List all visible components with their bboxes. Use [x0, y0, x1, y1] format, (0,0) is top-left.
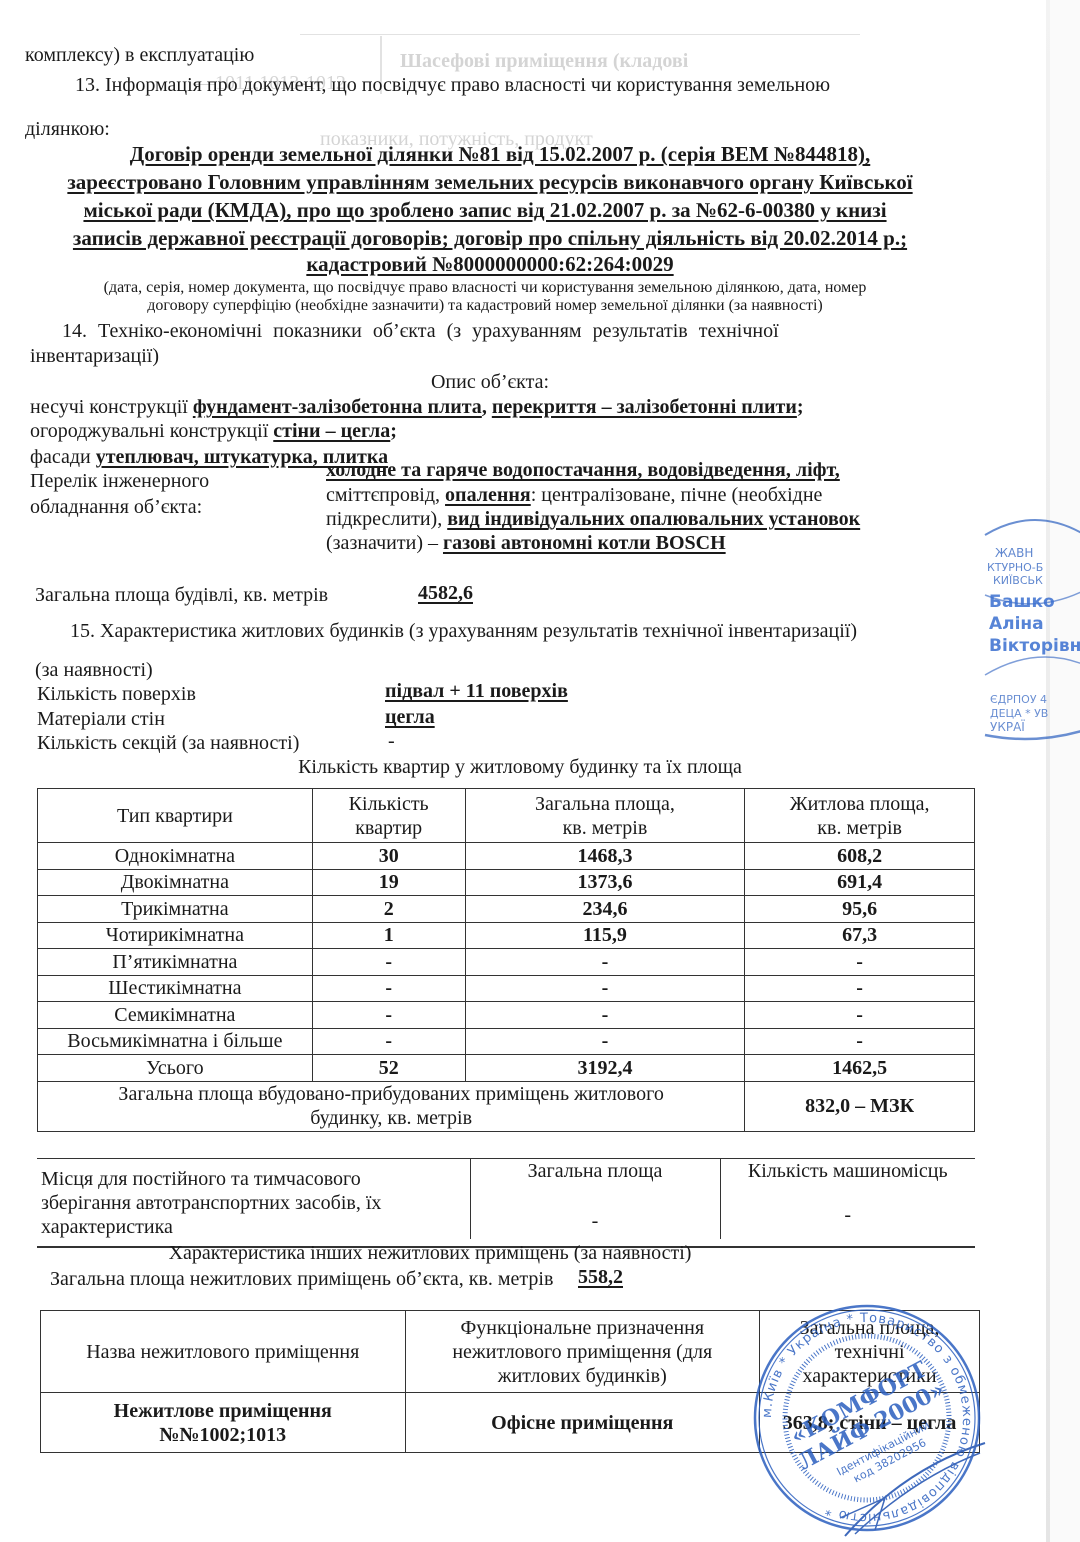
- floors-value: підвал + 11 поверхів: [385, 680, 568, 703]
- table-header-row: Тип квартириКількістьквартирЗагальна пло…: [38, 789, 975, 843]
- engineering-list-line: (зазначити) – газові автономні котли BOS…: [326, 532, 726, 555]
- engineering-list-line: підкреслити), вид індивідуальних опалюва…: [326, 508, 860, 531]
- notary-name: Башко: [989, 591, 1080, 613]
- table-row: Семикімнатна---: [38, 1002, 975, 1029]
- heating-value: опалення: [445, 484, 531, 506]
- land-document-line: зареєстровано Головним управлінням земел…: [0, 170, 980, 194]
- cell-count: 30: [312, 843, 465, 870]
- engineering-label: обладнання об’єкта:: [30, 496, 202, 519]
- parking-area-header: Загальна площа: [475, 1159, 716, 1183]
- table-row: Усього523192,41462,5: [38, 1055, 975, 1082]
- column-header: Кількістьквартир: [312, 789, 465, 843]
- parking-area-cell: Загальна площа -: [470, 1159, 720, 1239]
- cell-total-area: 3192,4: [465, 1055, 745, 1082]
- total-area-value: 4582,6: [418, 582, 473, 605]
- column-header: Житлова площа,кв. метрів: [745, 789, 975, 843]
- nonresidential-total-value: 558,2: [578, 1266, 623, 1289]
- cell-count: -: [312, 1002, 465, 1029]
- land-document-line: записів державної реєстрації договорів; …: [0, 226, 980, 250]
- apartments-table: Тип квартириКількістьквартирЗагальна пло…: [37, 788, 975, 1132]
- premise-purpose: Офісне приміщення: [405, 1393, 760, 1453]
- enclosing-row: огороджувальні конструкції стіни – цегла…: [30, 420, 397, 443]
- cell-count: -: [312, 975, 465, 1002]
- builtin-area-row: Загальна площа вбудовано-прибудованих пр…: [38, 1081, 975, 1131]
- cell-total-area: 234,6: [465, 896, 745, 923]
- cell-type: Семикімнатна: [38, 1002, 313, 1029]
- svg-text:КТУРНО-Б: КТУРНО-Б: [987, 561, 1043, 574]
- load-bearing-foundation: фундамент-залізобетонна плита: [193, 396, 482, 418]
- svg-text:ДЕЦА * УВ: ДЕЦА * УВ: [990, 707, 1048, 720]
- cell-count: 19: [312, 869, 465, 896]
- load-bearing-row: несучі конструкції фундамент-залізобетон…: [30, 396, 804, 419]
- sections-value: -: [388, 730, 395, 753]
- cell-type: Усього: [38, 1055, 313, 1082]
- boiler-value: газові автономні котли BOSCH: [443, 532, 726, 554]
- floors-label: Кількість поверхів: [37, 683, 196, 706]
- continued-text: комплексу) в експлуатацію: [25, 44, 254, 67]
- cell-type: Однокімнатна: [38, 843, 313, 870]
- ghost-text: Шасефові приміщення (кладові: [400, 50, 688, 73]
- section15-heading: 15. Характеристика житлових будинків (з …: [70, 620, 857, 643]
- cell-count: 2: [312, 896, 465, 923]
- svg-text:КИЇВСЬК: КИЇВСЬК: [993, 574, 1043, 587]
- table-row: Двокімнатна191373,6691,4: [38, 869, 975, 896]
- land-document-line: Договір оренди земельної ділянки №81 від…: [0, 142, 1000, 166]
- table-row: Шестикімнатна---: [38, 975, 975, 1002]
- cell-type: Трикімнатна: [38, 896, 313, 923]
- cell-living-area: 608,2: [745, 843, 975, 870]
- cell-living-area: 1462,5: [745, 1055, 975, 1082]
- cell-total-area: 115,9: [465, 922, 745, 949]
- table-row: П’ятикімнатна---: [38, 949, 975, 976]
- nonresidential-title: Характеристика інших нежитлових приміщен…: [0, 1242, 860, 1265]
- cell-total-area: 1373,6: [465, 869, 745, 896]
- cell-count: -: [312, 949, 465, 976]
- section14-heading-cont: інвентаризації): [30, 345, 159, 368]
- cell-total-area: -: [465, 949, 745, 976]
- cell-type: Восьмикімнатна і більше: [38, 1028, 313, 1055]
- column-header: Тип квартири: [38, 789, 313, 843]
- section13-heading-cont: ділянкою:: [25, 118, 110, 141]
- description-title: Опис об’єкта:: [0, 371, 980, 394]
- table-row: Однокімнатна301468,3608,2: [38, 843, 975, 870]
- cell-total-area: -: [465, 1028, 745, 1055]
- cell-living-area: 691,4: [745, 869, 975, 896]
- header-name: Назва нежитлового приміщення: [41, 1311, 406, 1393]
- load-bearing-label: несучі конструкції: [30, 396, 188, 418]
- apartments-title: Кількість квартир у житловому будинку та…: [0, 756, 1040, 779]
- cell-count: 52: [312, 1055, 465, 1082]
- enclosing-value: стіни – цегла: [273, 420, 390, 442]
- parking-spaces-cell: Кількість машиномісць -: [720, 1159, 975, 1239]
- premise-name: Нежитлове приміщення №№1002;1013: [41, 1393, 406, 1453]
- land-document-line: міської ради (КМДА), про що зроблено зап…: [0, 198, 970, 222]
- svg-text:УКРАЇ: УКРАЇ: [990, 719, 1025, 734]
- notary-name: Аліна: [989, 613, 1080, 635]
- column-header: Загальна площа,кв. метрів: [465, 789, 745, 843]
- cell-total-area: -: [465, 1002, 745, 1029]
- engineering-label: Перелік інженерного: [30, 470, 209, 493]
- cell-living-area: 67,3: [745, 922, 975, 949]
- cadastral-number: кадастровий №8000000000:62:264:0029: [0, 252, 980, 276]
- engineering-list-line: сміттєпровід, опалення: централізоване, …: [326, 484, 822, 507]
- nonresidential-total-label: Загальна площа нежитлових приміщень об’є…: [50, 1268, 553, 1291]
- svg-text:ЖАВН: ЖАВН: [995, 546, 1033, 560]
- parking-spaces-header: Кількість машиномісць: [725, 1159, 972, 1183]
- cell-count: 1: [312, 922, 465, 949]
- caption: (дата, серія, номер документа, що посвід…: [0, 278, 970, 298]
- header-purpose: Функціональне призначення нежитлового пр…: [405, 1311, 760, 1393]
- section13-heading: 13. Інформація про документ, що посвідчу…: [75, 74, 830, 97]
- caption: договору суперфіцію (необхідне зазначити…: [0, 296, 970, 316]
- parking-spaces-value: -: [725, 1203, 972, 1227]
- enclosing-label: огороджувальні конструкції: [30, 420, 268, 442]
- cell-living-area: -: [745, 949, 975, 976]
- cell-total-area: -: [465, 975, 745, 1002]
- page-edge-shadow: [1046, 0, 1050, 1542]
- section15-heading-cont: (за наявності): [35, 659, 153, 682]
- cell-living-area: 95,6: [745, 896, 975, 923]
- parking-table: Місця для постійного та тимчасового збер…: [37, 1158, 975, 1239]
- ghost-divider: [300, 34, 860, 35]
- walls-value: цегла: [385, 706, 435, 729]
- parking-area-value: -: [475, 1209, 716, 1233]
- cell-type: Шестикімнатна: [38, 975, 313, 1002]
- cell-type: Чотирикімнатна: [38, 922, 313, 949]
- notary-name: Вікторівна: [989, 635, 1080, 657]
- sections-label: Кількість секцій (за наявності): [37, 732, 299, 755]
- cell-living-area: -: [745, 1002, 975, 1029]
- builtin-area-label: Загальна площа вбудовано-прибудованих пр…: [38, 1081, 745, 1131]
- builtin-area-value: 832,0 – МЗК: [745, 1081, 975, 1131]
- table-row: Восьмикімнатна і більше---: [38, 1028, 975, 1055]
- parking-label: Місця для постійного та тимчасового збер…: [37, 1159, 470, 1239]
- cell-type: П’ятикімнатна: [38, 949, 313, 976]
- page-edge: [1050, 0, 1080, 1542]
- company-stamp: м.Київ * Україна * Товариство з обмежено…: [745, 1298, 990, 1538]
- cell-living-area: -: [745, 1028, 975, 1055]
- document-page: Шасефові приміщення (кладові —1011,1013-…: [0, 0, 1080, 1542]
- total-area-label: Загальна площа будівлі, кв. метрів: [35, 584, 328, 607]
- section14-heading: 14. Техніко-економічні показники об’єкта…: [62, 320, 779, 343]
- facade-label: фасади: [30, 446, 91, 468]
- table-row: Трикімнатна2234,695,6: [38, 896, 975, 923]
- cell-count: -: [312, 1028, 465, 1055]
- cell-living-area: -: [745, 975, 975, 1002]
- cell-total-area: 1468,3: [465, 843, 745, 870]
- svg-text:ЄДРПОУ 4: ЄДРПОУ 4: [990, 693, 1047, 706]
- engineering-list-line: холодне та гаряче водопостачання, водові…: [326, 459, 840, 482]
- cell-type: Двокімнатна: [38, 869, 313, 896]
- walls-label: Матеріали стін: [37, 708, 165, 731]
- table-row: Чотирикімнатна1115,967,3: [38, 922, 975, 949]
- load-bearing-floors: перекриття – залізобетонні плити: [492, 396, 797, 418]
- notary-stamp: ЖАВН КТУРНО-Б КИЇВСЬК ЄДРПОУ 4 ДЕЦА * УВ…: [975, 495, 1080, 745]
